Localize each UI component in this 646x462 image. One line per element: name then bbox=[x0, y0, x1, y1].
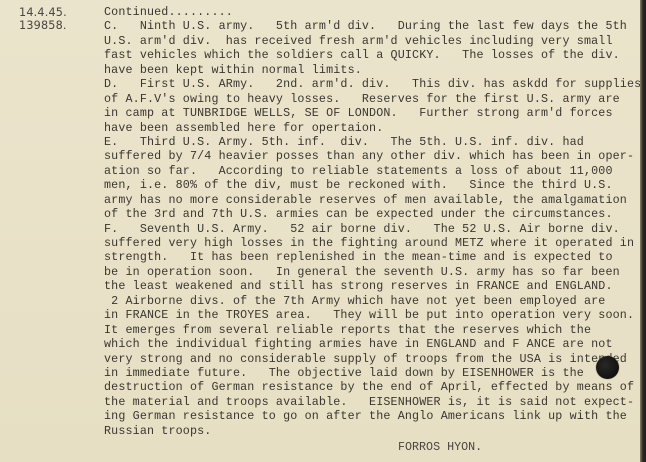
reference-block: 14.4.45. 139858. bbox=[19, 6, 67, 32]
text-line: of the 3rd and 7th U.S. armies can be ex… bbox=[104, 207, 641, 221]
text-line: have been kept within normal limits. bbox=[104, 63, 641, 77]
text-line: D. First U.S. ARmy. 2nd. arm'd. div. Thi… bbox=[104, 77, 641, 91]
text-line: of A.F.V's owing to heavy losses. Reserv… bbox=[104, 92, 641, 106]
text-line: E. Third U.S. Army. 5th. inf. div. The 5… bbox=[104, 135, 641, 149]
text-line: men, i.e. 80% of the div, must be reckon… bbox=[104, 178, 641, 192]
document-date: 14.4.45. bbox=[19, 6, 67, 19]
text-line: very strong and no considerable supply o… bbox=[104, 352, 641, 366]
text-line: ing German resistance to go on after the… bbox=[104, 409, 641, 423]
text-line: have been assembled here for opertaion. bbox=[104, 121, 641, 135]
text-line: in FRANCE in the TROYES area. They will … bbox=[104, 308, 641, 322]
text-line: U.S. arm'd div. has received fresh arm'd… bbox=[104, 34, 641, 48]
text-line: army has no more considerable reserves o… bbox=[104, 193, 641, 207]
text-line: which the individual fighting armies hav… bbox=[104, 337, 641, 351]
text-line: the material and troops available. EISEN… bbox=[104, 395, 641, 409]
text-line: Russian troops. bbox=[104, 424, 641, 438]
signature: FORROS HYON. bbox=[398, 440, 482, 454]
text-line: C. Ninth U.S. army. 5th arm'd div. Durin… bbox=[104, 19, 641, 33]
document-number: 139858. bbox=[19, 19, 67, 32]
text-line: fast vehicles which the soldiers call a … bbox=[104, 48, 641, 62]
document-page: 14.4.45. 139858. Continued......... C. N… bbox=[0, 0, 640, 462]
text-line: 2 Airborne divs. of the 7th Army which h… bbox=[104, 294, 641, 308]
text-line: destruction of German resistance by the … bbox=[104, 380, 641, 394]
text-line: in immediate future. The objective laid … bbox=[104, 366, 641, 380]
report-body: Continued......... C. Ninth U.S. army. 5… bbox=[104, 5, 641, 438]
text-line: suffered by 7/4 heavier posses than any … bbox=[104, 149, 641, 163]
text-line-continued: Continued......... bbox=[104, 5, 641, 19]
text-line: in camp at TUNBRIDGE WELLS, SE OF LONDON… bbox=[104, 106, 641, 120]
text-line: be in operation soon. In general the sev… bbox=[104, 265, 641, 279]
punch-hole bbox=[596, 356, 619, 379]
page-edge-shadow bbox=[640, 0, 646, 462]
text-line: strength. It has been replenished in the… bbox=[104, 250, 641, 264]
text-line: suffered very high losses in the fightin… bbox=[104, 236, 641, 250]
text-line: It emerges from several reliable reports… bbox=[104, 323, 641, 337]
text-line: the least weakened and still has strong … bbox=[104, 279, 641, 293]
text-line: ation so far. According to reliable stat… bbox=[104, 164, 641, 178]
text-line: F. Seventh U.S. Army. 52 air borne div. … bbox=[104, 222, 641, 236]
